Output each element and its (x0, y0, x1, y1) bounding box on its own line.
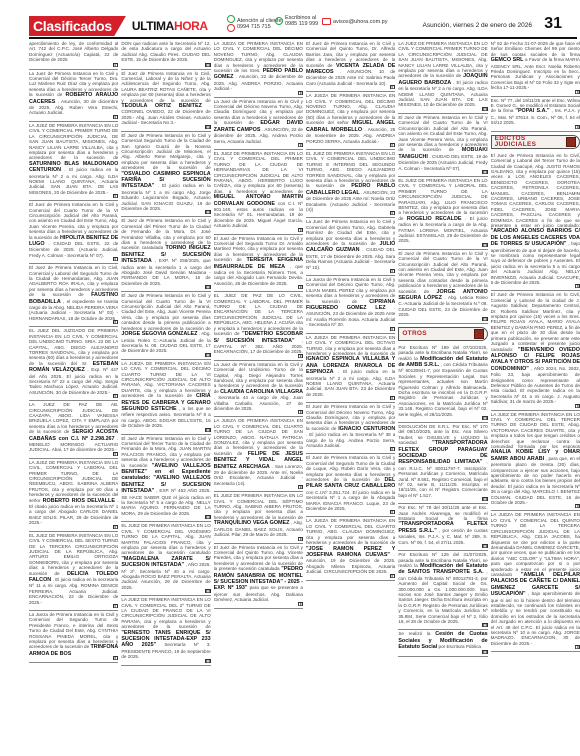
notice-code-tag: ▮▮ (29, 64, 118, 67)
notice-code-tag: ▮▮ (491, 405, 580, 408)
column-4: El Juez de Primera Instancia en lo Civil… (306, 40, 395, 756)
email-link[interactable]: avisos@uhora.com.py (333, 19, 388, 25)
notice-subject: "POPAI S.A." (515, 108, 549, 114)
legal-notice: El Juez de Primera Instancia en lo Civil… (214, 235, 303, 293)
notice-code-tag: ▮▮ (398, 545, 487, 548)
legal-notice: LA JUEZ DE PRIMERA INSTANCIA EN LO CIVIL… (121, 596, 210, 665)
notice-text: . Secretaría 44 a cargo de Abg. Juan Vil… (214, 395, 303, 411)
notice-text: , para que, en el perentorio plazo de tr… (491, 456, 580, 505)
legal-notice: EL JUEZ DE PRIMERA INSTANCIA EN LO CIVIL… (306, 150, 395, 218)
notice-text: El Juez de Primera Instancia en lo Civil… (398, 251, 487, 294)
notice-code-tag: ▮▮ (29, 116, 118, 119)
notice-text: con C.I.Nº 3.251.724. El juicio radica e… (306, 490, 395, 511)
column-3: LA JUEZA DE PRIMERA INSTANCIA EN LO CIVI… (214, 40, 303, 756)
notice-text: El Juez de Primera Instancia en lo Civil… (121, 133, 210, 170)
notice-text: El Juez de Primera Instancia en lo Civil… (491, 153, 580, 228)
column-5: LA JUEZ DE PRIMERA INSTANCIA EN LO CIVIL… (398, 40, 487, 756)
legal-notice: El Juez de Primera Instancia en lo Civil… (121, 132, 210, 218)
column-2: DON que radican ante la Secretaría Nº 12… (121, 40, 210, 756)
legal-notice: Esc. Nº 77, del 19/11/25 ante el Esc. Wi… (491, 97, 580, 132)
notice-text: EL JUEZ DE PRIMERA INSTANCIA EN LO CIVIL… (29, 533, 118, 576)
brand-banner: Clasificados ULTIMAHORA (29, 16, 212, 36)
notice-text: , con Cédula Tributaria Nº 80130941-7, p… (398, 362, 487, 417)
section-illustration-icon (566, 137, 576, 147)
legal-notice: LA JUEZ DE PRIMERA INSTANCIA EN LO CIVIL… (491, 411, 580, 512)
notice-subject: TEODULA ORTIZ BENITEZ (121, 103, 202, 109)
notice-code-tag: ▮▮ (121, 660, 210, 663)
mail-icon (322, 18, 331, 25)
notice-code-tag: ▮▮ (491, 646, 580, 649)
notice-code-tag: ▮▮ (214, 229, 303, 232)
notice-text: DON que radican ante la Secretaría Nº 12… (121, 41, 210, 62)
notice-code-tag: ▮▮ (121, 429, 210, 432)
notice-code-tag: ▮▮ (214, 486, 303, 489)
notice-code-tag: ▮▮ (306, 448, 395, 451)
issue-date: Asunción, viernes 2 de enero de 2026 (423, 22, 533, 29)
legal-notice: La Juez de Primera Instancia en lo Civil… (214, 361, 303, 418)
notice-code-tag: ▮▮ (306, 270, 395, 273)
section-header-edictos: EDICTOS JUDICIALES (491, 135, 580, 149)
section-illustration-icon (474, 329, 484, 339)
legal-notice: DISOLUCIÓN DE S.R.L. Por Esc. Nº 170 del… (398, 423, 487, 504)
legal-notice: LA JUEZ DE PAZ DE AB. CIRCUNSCRIPCIÓN JU… (29, 401, 118, 459)
notice-code-tag: ▮▮ (306, 212, 395, 215)
notice-code-tag: ▮▮ (398, 108, 487, 111)
notice-text: EL JUEZ DE PAZ DE LO CIVIL, COMERCIAL Y … (214, 293, 303, 336)
notice-code-tag: ▮▮ (214, 92, 303, 95)
legal-notice: El Juez de Primera Instancia en lo Civil… (398, 114, 487, 177)
notice-code-tag: ▮▮ (29, 395, 118, 398)
column-6: Nº 62 de Fecha 31-07-2025 de que hace el… (491, 40, 580, 756)
legal-notice: LA JUEZA DE PRIMERA INSTANCIA EN LO CIVI… (306, 334, 395, 403)
notice-code-tag: ▮▮ (398, 624, 487, 627)
legal-notice: Por Escritura Nº 125 del 31/07/2025, pas… (398, 551, 487, 630)
notice-code-tag: ▮▮ (398, 417, 487, 420)
notice-text: LA JUEZ DE PRIMERA INSTANCIA EN LO CIVIL… (121, 597, 210, 629)
legal-notice: El Juez de Primera Instancia en lo Civil… (491, 152, 580, 292)
notice-text: por Escritura Pública (439, 644, 481, 649)
notice-code-tag: ▮▮ (491, 285, 580, 288)
email-contact: avisos@uhora.com.py (322, 18, 388, 25)
legal-notice: El Juez de Primera Instancia en lo Civil… (214, 544, 303, 609)
notice-code-tag: ▮▮ (214, 355, 303, 358)
legal-notice: El Juez de Primera Instancia en lo Civil… (121, 217, 210, 292)
legal-notice: El Juez de Primera Instancia en lo Civil… (121, 292, 210, 359)
classifieds-columns: apercibimiento de ley, de conformidad al… (29, 40, 580, 756)
notice-subject: TRANQUILINO VEGA GOMEZ (214, 520, 290, 526)
notice-code-tag: ▮▮ (29, 605, 118, 608)
notice-subject: CLAUDIA CAROLINA VILLAGRA (220, 389, 303, 395)
notice-code-tag: ▮▮ (214, 411, 303, 414)
notice-code-tag: ▮▮ (121, 126, 210, 129)
header-rule (29, 37, 577, 39)
legal-notice: El Juez de Primera Instancia en lo Civil… (121, 70, 210, 132)
notice-code-tag: ▮▮ (121, 590, 210, 593)
notice-code-tag: ▮▮ (214, 538, 303, 541)
whatsapp-icon (227, 15, 235, 23)
page-header: Clasificados ULTIMAHORA Atención al clie… (0, 0, 580, 40)
notice-text: LA JUEZA DE PRIMERA INSTANCIA EN LO CIVI… (491, 512, 580, 576)
whatsapp-phone[interactable]: 0985 119 999 (285, 21, 318, 27)
notice-text: El Juez de Primera Instancia en lo Civil… (306, 455, 395, 482)
notice-code-tag: ▮▮ (214, 286, 303, 289)
notice-code-tag: ▮▮ (491, 126, 580, 129)
legal-notice: La Juez de Primera Instancia en lo Civil… (29, 70, 118, 122)
legal-notice: La Juez de Primera Instancia en lo Civil… (306, 218, 395, 276)
notice-text: apercibimiento de ley, de conformidad al… (29, 41, 118, 62)
notice-code-tag: ▮▮ (491, 91, 580, 94)
legal-notice: DON que radican ante la Secretaría Nº 12… (121, 40, 210, 70)
notice-code-tag: ▮▮ (29, 195, 118, 198)
legal-notice: El Juez de Primera Instancia en lo Civil… (306, 403, 395, 454)
legal-notice: LA JUEZ DE PRIMERA INSTANCIA EN LO CIVIL… (398, 40, 487, 114)
notice-code-tag: ▮▮ (398, 651, 487, 654)
notice-text: Se realizó la (398, 631, 430, 636)
notice-subject: ROGELIO RECALDE (407, 216, 462, 222)
notice-code-tag: ▮▮ (398, 318, 487, 321)
legal-notice: Por Escritura Nº 189 del 07/10/2025, pas… (398, 344, 487, 423)
legal-notice: EL JUEZ DE PAZ DE LO CIVIL, COMERCIAL Y … (214, 292, 303, 360)
legal-notice: LA JUEZA DE PRIMERA INSTANCIA EN LO CIVI… (214, 417, 303, 492)
notice-code-tag: ▮▮ (398, 498, 487, 501)
notice-text: EL JUEZ DE PRIMERA INSTANCIA EN LO CIVIL… (121, 523, 210, 555)
section-header-otros: OTROS (398, 327, 487, 341)
legal-notice: EL JUEZ DE PRIMERA INSTANCIA EN LO CIVIL… (214, 492, 303, 543)
legal-notice: El Juez de Primera Instancia en lo Civil… (29, 264, 118, 327)
column-1: apercibimiento de ley, de conformidad al… (29, 40, 118, 756)
notice-text: LA JUEZ DE PRIMERA INSTANCIA EN LO CIVIL… (491, 412, 580, 449)
notice-text: Por Esc. Nº 78 del 30/11/25 ante el Esc.… (398, 505, 487, 521)
legal-notice: LA JUEZA DE PRIMERA INSTANCIA EN LO CIVI… (121, 360, 210, 435)
notice-subject: IGNACIO CENTURION (338, 426, 395, 432)
whatsapp-contact: Escribinos al 0985 119 999 (275, 15, 318, 27)
notice-text: , con R.U.C. Nº 80011797-7. Inscripción:… (398, 459, 487, 497)
notice-code-tag: ▮▮ (398, 244, 487, 247)
legal-notice: apercibimiento de ley, de conformidad al… (29, 40, 118, 70)
notice-subject: GEMCO SRL (491, 57, 524, 63)
notice-code-tag: ▮▮ (398, 171, 487, 174)
notice-text: LA JUEZA DE PRIMERA INSTANCIA EN LO CIVI… (306, 335, 395, 356)
notice-code-tag: ▮▮ (214, 144, 303, 147)
notice-text: EL JUEZ DE PRIMERA INSTANCIA EN LO CIVIL… (398, 178, 487, 221)
legal-notice: Se realizó la Cesión de Cuotas Sociales … (398, 630, 487, 656)
notice-code-tag: ▮▮ (306, 144, 395, 147)
legal-notice: El Juez de Primera Instancia en lo Civil… (398, 250, 487, 324)
notice-text: , con Cédula Tributaria Nº 80012781-3, p… (398, 569, 487, 624)
phone-icon (227, 24, 235, 32)
notice-code-tag: ▮▮ (121, 286, 210, 289)
legal-notice: EL JUEZ DE PRIMERA INSTANCIA EN LO CIVIL… (398, 177, 487, 250)
notice-text: El Juez de Primera Instancia en lo Civil… (121, 293, 210, 330)
notice-code-tag: ▮▮ (121, 516, 210, 519)
page-number: 31 (544, 15, 562, 33)
notice-code-tag: ▮▮ (306, 86, 395, 89)
notice-text: . El juicio radica en la Secretaría Nº 3… (306, 432, 395, 448)
legal-notice: LA JUEZ DE PRIMERA INSTANCIA EN LO CIVIL… (29, 122, 118, 201)
notice-code-tag: ▮▮ (306, 397, 395, 400)
legal-notice: El Juez de Primera Instancia en lo Civil… (306, 40, 395, 92)
notice-code-tag: ▮▮ (214, 603, 303, 606)
notice-text: LA JUEZ DE PRIMERA INSTANCIA EN LO CIVIL… (29, 123, 118, 160)
legal-notice: LA JUEZ DE PRIMERA INSTANCIA EN LO CIVIL… (29, 459, 118, 532)
notice-code-tag: ▮▮ (121, 211, 210, 214)
notice-subject: "JOSE RAMON PEREZ Y JOSEFINA RAMONA CUEV… (306, 546, 395, 558)
notice-subject: ROBERTO RIOS DELVALLE (43, 498, 115, 504)
notice-text: EL JUEZ DE PRIMERA INSTANCIA EN LO CIVIL… (214, 493, 303, 520)
whatsapp-icon (275, 17, 283, 25)
legal-notice: EL JUEZ DEL JUZGADO DE PRIMERA INSTANCIA… (29, 327, 118, 401)
notice-code-tag: ▮▮ (121, 354, 210, 357)
newspaper-logo: ULTIMAHORA (128, 16, 212, 36)
legal-notice: La Jueza de Primera Instancia en lo Civi… (29, 611, 118, 663)
notice-text: , bajo apercibimiento de que si así no l… (491, 591, 580, 646)
legal-notice: EL JUEZ DE PRIMERA INSTANCIA EN LO CIVIL… (121, 522, 210, 596)
legal-notice: EL JUEZ DE PRIMERA INSTANCIA EN LO CIVIL… (214, 150, 303, 235)
notice-code-tag: ▮▮ (29, 526, 118, 529)
legal-notice: LA JUEZA DE PRIMERA INSTANCIA EN LO CIVI… (491, 511, 580, 652)
legal-notice: El Juez de Primera Instancia en lo Civil… (29, 201, 118, 264)
notice-text: LA JUEZ DE PRIMERA INSTANCIA EN LO CIVIL… (29, 460, 118, 503)
notice-text: , bajo apercibimiento de que si dejare d… (491, 241, 580, 285)
legal-notice: EL JUEZ DE PRIMERA INSTANCIA EN LO CIVIL… (29, 532, 118, 611)
legal-notice: La Juez de Primera Instancia en lo Civil… (214, 98, 303, 150)
notice-text: Nº 62 de Fecha 31-07-2025 de que hace el… (491, 41, 580, 57)
legal-notice: Por Esc. Nº 78 del 30/11/25 ante el Esc.… (398, 504, 487, 551)
notice-text: El Juez de Primera Instancia en lo Civil… (121, 71, 210, 103)
notice-code-tag: ▮▮ (29, 321, 118, 324)
legal-notice: LA JUEZA DE PRIMERA INSTANCIA EN LO CIVI… (306, 517, 395, 580)
legal-notice: El Juez de Primera Instancia en lo Civil… (121, 435, 210, 523)
notice-subject: JORGE SEGOVIA GONZALEZ (121, 331, 197, 337)
notice-code-tag: ▮▮ (29, 657, 118, 660)
notice-text: , AÑO 2024, No. 2932, Folio 23, bajo ape… (491, 366, 580, 404)
section-title: Clasificados (29, 16, 126, 36)
notice-code-tag: ▮▮ (29, 258, 118, 261)
notice-text: EL JUEZ DE PRIMERA INSTANCIA EN LO CIVIL… (214, 151, 303, 194)
legal-notice: Nº 62 de Fecha 31-07-2025 de que hace el… (491, 40, 580, 97)
legal-notice: LA JUEZA DE PRIMERA INSTANCIA EN LO CIVI… (306, 92, 395, 150)
legal-notice: La Jueza de Primera Instancia en lo Civi… (306, 276, 395, 334)
notice-code-tag: ▮▮ (306, 575, 395, 578)
notice-code-tag: ▮▮ (121, 64, 210, 67)
notice-code-tag: ▮▮ (491, 505, 580, 508)
notice-code-tag: ▮▮ (306, 511, 395, 514)
legal-notice: LA JUEZA DE PRIMERA INSTANCIA EN LO CIVI… (214, 40, 303, 98)
notice-text: El Juez de Primera Instancia en lo Civil… (491, 292, 580, 351)
notice-subject: "ARCADIO ALONSO BARRIOS C/ DE LOS ANGELE… (491, 228, 580, 247)
legal-notice: El Juez de Primera Instancia en lo Civil… (491, 291, 580, 410)
notice-code-tag: ▮▮ (306, 328, 395, 331)
notice-code-tag: ▮▮ (29, 453, 118, 456)
legal-notice: El Juez de Primera Instancia en lo Civil… (306, 454, 395, 517)
notice-text: LA JUEZA DE PRIMERA INSTANCIA EN LO CIVI… (306, 518, 395, 545)
